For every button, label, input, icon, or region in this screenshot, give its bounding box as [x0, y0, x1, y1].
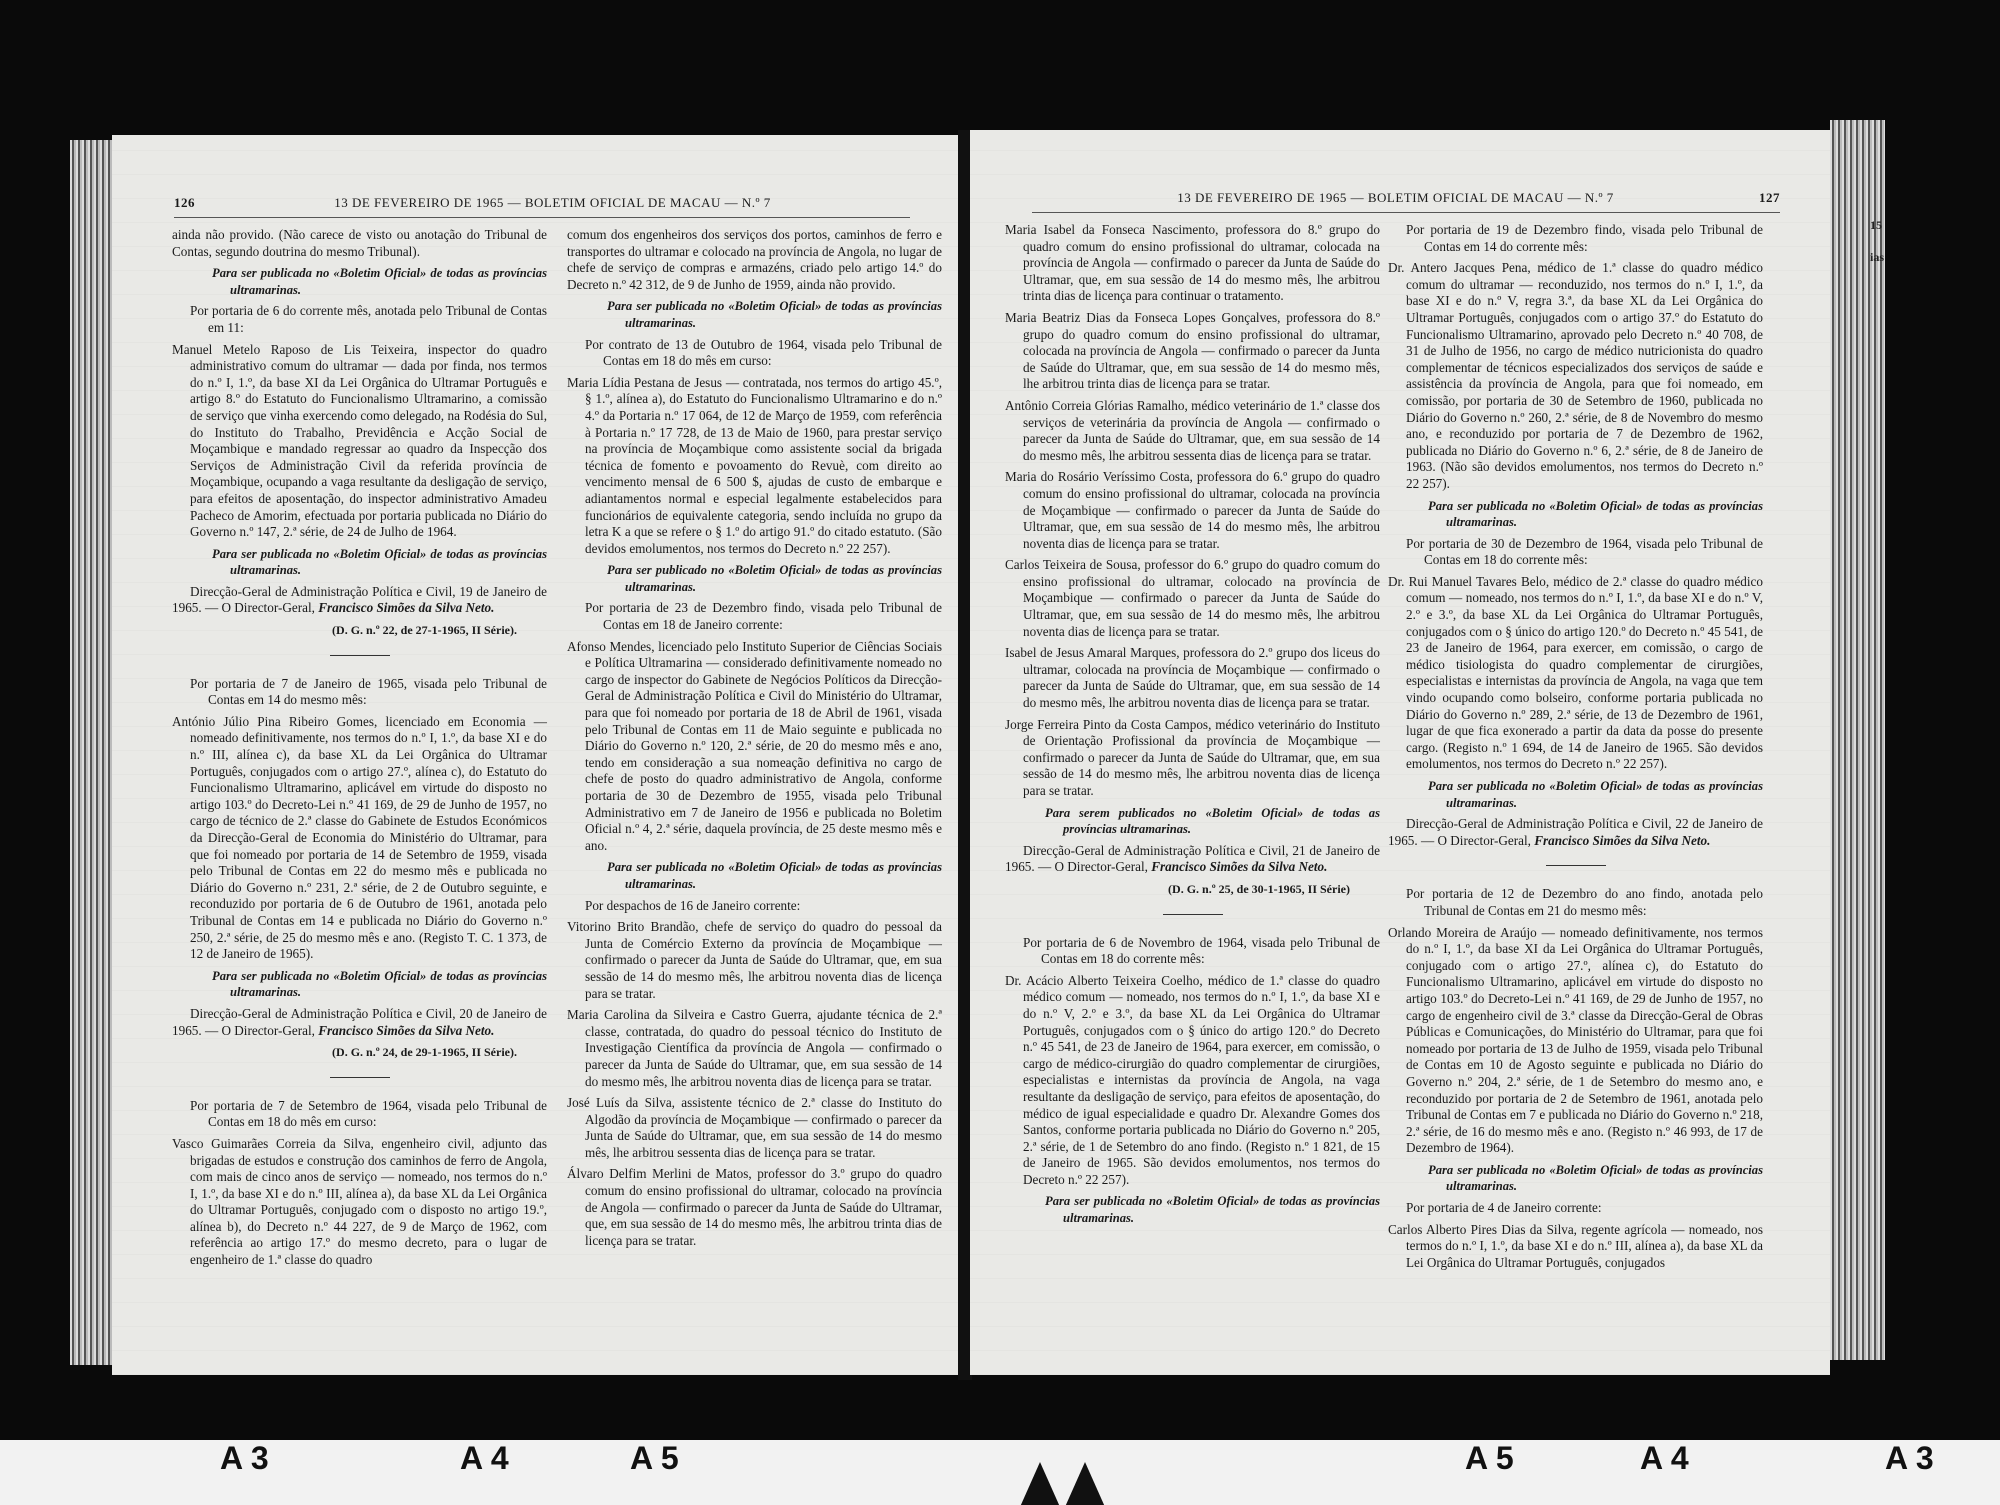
signatory-name: Francisco Simões da Silva Neto. [318, 600, 494, 615]
film-target-mark: A 4 [460, 1440, 509, 1477]
film-target-mark: A 4 [1640, 1440, 1689, 1477]
running-title: 13 DE FEVEREIRO DE 1965 — BOLETIM OFICIA… [1032, 190, 1759, 206]
appointment-entry: Carlos Alberto Pires Dias da Silva, rege… [1388, 1222, 1763, 1272]
column: ainda não provido. (Não carece de visto … [172, 227, 547, 1274]
appointment-entry: Vasco Guimarães Correia da Silva, engenh… [172, 1136, 547, 1269]
publication-note: Para ser publicada no «Boletim Oficial» … [1388, 498, 1763, 531]
signature-line: Direcção-Geral de Administração Política… [1388, 816, 1763, 849]
section-divider [1163, 914, 1223, 915]
publication-note: Para ser publicado no «Boletim Oficial» … [567, 562, 942, 595]
section-divider [330, 1077, 390, 1078]
appointment-entry: Maria Isabel da Fonseca Nascimento, prof… [1005, 222, 1380, 305]
film-target-strip [0, 1440, 2000, 1505]
page-number: 126 [174, 195, 195, 211]
running-title: 13 DE FEVEREIRO DE 1965 — BOLETIM OFICIA… [195, 195, 910, 211]
appointment-entry: Dr. Acácio Alberto Teixeira Coelho, médi… [1005, 973, 1380, 1189]
publication-note: Para ser publicada no «Boletim Oficial» … [1388, 778, 1763, 811]
column: Por portaria de 19 de Dezembro findo, vi… [1388, 222, 1763, 1276]
signatory-name: Francisco Simões da Silva Neto. [318, 1023, 494, 1038]
signature-line: Direcção-Geral de Administração Política… [172, 1006, 547, 1039]
signature-line: Direcção-Geral de Administração Política… [172, 584, 547, 617]
appointment-entry: Dr. Rui Manuel Tavares Belo, médico de 2… [1388, 574, 1763, 773]
portaria-intro: Por contrato de 13 de Outubro de 1964, v… [567, 337, 942, 370]
publication-note: Para ser publicada no «Boletim Oficial» … [172, 968, 547, 1001]
appointment-entry: Maria Lídia Pestana de Jesus — contratad… [567, 375, 942, 558]
portaria-intro: Por portaria de 19 de Dezembro findo, vi… [1388, 222, 1763, 255]
publication-note: Para ser publicada no «Boletim Oficial» … [172, 265, 547, 298]
portaria-intro: Por portaria de 6 do corrente mês, anota… [172, 303, 547, 336]
appointment-entry: Álvaro Delfim Merlini de Matos, professo… [567, 1166, 942, 1249]
portaria-intro: Por portaria de 30 de Dezembro de 1964, … [1388, 536, 1763, 569]
book-edge-right [1830, 120, 1885, 1360]
column: comum dos engenheiros dos serviços dos p… [567, 227, 942, 1254]
publication-note: Para serem publicados no «Boletim Oficia… [1005, 805, 1380, 838]
paragraph: comum dos engenheiros dos serviços dos p… [567, 227, 942, 293]
publication-note: Para ser publicada no «Boletim Oficial» … [567, 859, 942, 892]
portaria-intro: Por portaria de 4 de Janeiro corrente: [1388, 1200, 1763, 1217]
appointment-entry: Isabel de Jesus Amaral Marques, professo… [1005, 645, 1380, 711]
publication-note: Para ser publicada no «Boletim Oficial» … [567, 298, 942, 331]
gazette-reference: (D. G. n.º 22, de 27-1-1965, II Série). [172, 622, 547, 639]
running-head-right: 13 DE FEVEREIRO DE 1965 — BOLETIM OFICIA… [1032, 190, 1780, 213]
center-triangle-mark [1065, 1462, 1105, 1505]
section-divider [1546, 865, 1606, 866]
book-edge-left [70, 140, 114, 1365]
film-target-mark: A 3 [220, 1440, 269, 1477]
signatory-name: Francisco Simões da Silva Neto. [1534, 833, 1710, 848]
appointment-entry: Maria Beatriz Dias da Fonseca Lopes Gonç… [1005, 310, 1380, 393]
gazette-reference: (D. G. n.º 24, de 29-1-1965, II Série). [172, 1044, 547, 1061]
section-divider [330, 655, 390, 656]
gazette-reference: (D. G. n.º 25, de 30-1-1965, II Série) [1005, 881, 1380, 898]
appointment-entry: José Luís da Silva, assistente técnico d… [567, 1095, 942, 1161]
signature-line: Direcção-Geral de Administração Política… [1005, 843, 1380, 876]
signatory-name: Francisco Simões da Silva Neto. [1151, 859, 1327, 874]
appointment-entry: Carlos Teixeira de Sousa, professor do 6… [1005, 557, 1380, 640]
edge-mark-top: 15 [1870, 218, 1882, 233]
publication-note: Para ser publicada no «Boletim Oficial» … [1388, 1162, 1763, 1195]
page-right: 13 DE FEVEREIRO DE 1965 — BOLETIM OFICIA… [970, 130, 1830, 1375]
portaria-intro: Por portaria de 7 de Janeiro de 1965, vi… [172, 676, 547, 709]
portaria-intro: Por portaria de 23 de Dezembro findo, vi… [567, 600, 942, 633]
appointment-entry: Dr. Antero Jacques Pena, médico de 1.ª c… [1388, 260, 1763, 492]
portaria-intro: Por portaria de 6 de Novembro de 1964, v… [1005, 935, 1380, 968]
appointment-entry: Antônio Correia Glórias Ramalho, médico … [1005, 398, 1380, 464]
running-head-left: 126 13 DE FEVEREIRO DE 1965 — BOLETIM OF… [174, 195, 910, 218]
portaria-intro: Por despachos de 16 de Janeiro corrente: [567, 898, 942, 915]
appointment-entry: Vitorino Brito Brandão, chefe de serviço… [567, 919, 942, 1002]
appointment-entry: António Júlio Pina Ribeiro Gomes, licenc… [172, 714, 547, 963]
film-target-mark: A 3 [1885, 1440, 1934, 1477]
column: Maria Isabel da Fonseca Nascimento, prof… [1005, 222, 1380, 1232]
page-number: 127 [1759, 190, 1780, 206]
film-target-mark: A 5 [630, 1440, 679, 1477]
center-triangle-mark [1020, 1462, 1060, 1505]
portaria-intro: Por portaria de 7 de Setembro de 1964, v… [172, 1098, 547, 1131]
appointment-entry: Afonso Mendes, licenciado pelo Instituto… [567, 639, 942, 855]
appointment-entry: Maria do Rosário Veríssimo Costa, profes… [1005, 469, 1380, 552]
film-target-mark: A 5 [1465, 1440, 1514, 1477]
appointment-entry: Jorge Ferreira Pinto da Costa Campos, mé… [1005, 717, 1380, 800]
paragraph: ainda não provido. (Não carece de visto … [172, 227, 547, 260]
appointment-entry: Orlando Moreira de Araújo — nomeado defi… [1388, 925, 1763, 1157]
publication-note: Para ser publicada no «Boletim Oficial» … [172, 546, 547, 579]
edge-mark-bottom: ias [1870, 250, 1884, 265]
publication-note: Para ser publicada no «Boletim Oficial» … [1005, 1193, 1380, 1226]
page-left: 126 13 DE FEVEREIRO DE 1965 — BOLETIM OF… [112, 135, 960, 1375]
appointment-entry: Maria Carolina da Silveira e Castro Guer… [567, 1007, 942, 1090]
appointment-entry: Manuel Metelo Raposo de Lis Teixeira, in… [172, 342, 547, 541]
portaria-intro: Por portaria de 12 de Dezembro do ano fi… [1388, 886, 1763, 919]
